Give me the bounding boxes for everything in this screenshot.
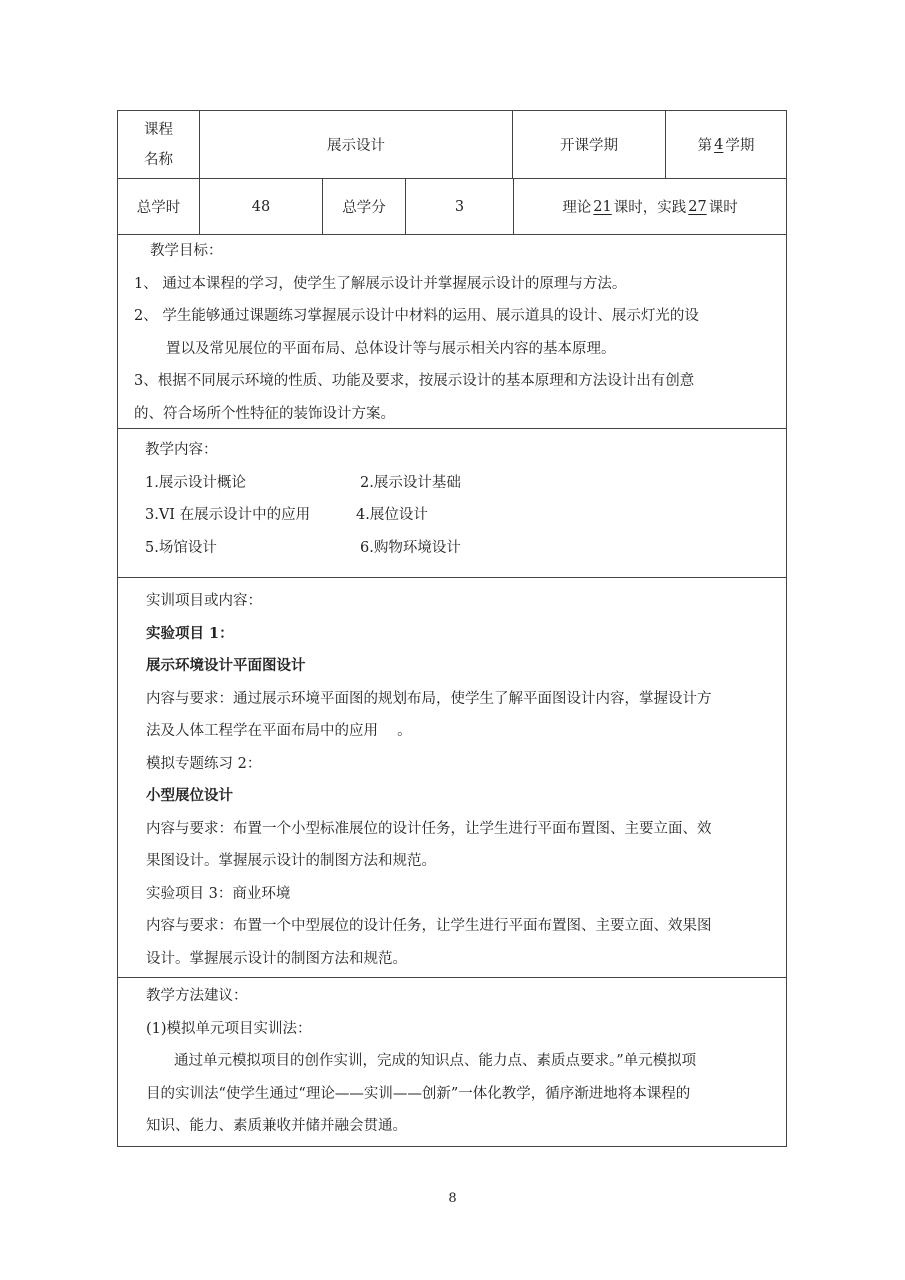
course-table: 课程 名称 展示设计 开课学期 第4学期 总学时 48 总学分 3 理论21课时… xyxy=(117,110,787,1147)
course-name-label-line2: 名称 xyxy=(144,145,173,175)
method1-label: (1)模拟单元项目实训法： xyxy=(146,1013,786,1046)
semester-prefix: 第 xyxy=(698,134,713,155)
theory-suffix: 课时，实践 xyxy=(614,196,687,217)
objective-line: 的、符合场所个性特征的装饰设计方案。 xyxy=(134,398,786,431)
method1-text: 通过单元模拟项目的创作实训，完成的知识点、能力点、素质点要求。”单元模拟项 xyxy=(146,1045,786,1078)
project1-requirement: 内容与要求：通过展示环境平面图的规划布局，使学生了解平面图设计内容，掌握设计方 xyxy=(146,683,786,716)
objective-line: 置以及常见展位的平面布局、总体设计等与展示相关内容的基本原理。 xyxy=(134,333,786,366)
course-name-row: 课程 名称 展示设计 开课学期 第4学期 xyxy=(118,111,786,179)
project2-requirement: 内容与要求：布置一个小型标准展位的设计任务，让学生进行平面布置图、主要立面、效 xyxy=(146,813,786,846)
semester-value: 4 xyxy=(712,137,725,153)
methods-section: 教学方法建议： (1)模拟单元项目实训法： 通过单元模拟项目的创作实训，完成的知… xyxy=(118,978,786,1146)
content-item: 2.展示设计基础 xyxy=(360,467,461,500)
total-hours-label: 总学时 xyxy=(118,179,200,234)
hours-breakdown: 理论21课时，实践27课时 xyxy=(514,179,786,234)
content-section: 教学内容： 1.展示设计概论 2.展示设计基础 3.VI 在展示设计中的应用 4… xyxy=(118,429,786,578)
content-item: 1.展示设计概论 xyxy=(145,467,360,500)
theory-hours: 21 xyxy=(591,199,613,215)
total-credits-label: 总学分 xyxy=(323,179,406,234)
content-item: 3.VI 在展示设计中的应用 xyxy=(145,499,356,532)
course-name-label-line1: 课程 xyxy=(144,115,173,145)
content-item: 5.场馆设计 xyxy=(145,532,360,565)
content-title: 教学内容： xyxy=(145,434,786,467)
project1-requirement: 法及人体工程学在平面布局中的应用 。 xyxy=(146,715,786,748)
course-name-value: 展示设计 xyxy=(200,111,513,178)
project1-name: 展示环境设计平面图设计 xyxy=(146,650,786,683)
objective-line: 1、 通过本课程的学习，使学生了解展示设计并掌握展示设计的原理与方法。 xyxy=(134,268,786,301)
semester-suffix: 学期 xyxy=(725,134,754,155)
project2-name: 小型展位设计 xyxy=(146,780,786,813)
project3-requirement: 设计。掌握展示设计的制图方法和规范。 xyxy=(146,943,786,976)
training-section: 实训项目或内容： 实验项目 1： 展示环境设计平面图设计 内容与要求：通过展示环… xyxy=(118,578,786,978)
objective-line: 2、 学生能够通过课题练习掌握展示设计中材料的运用、展示道具的设计、展示灯光的设 xyxy=(134,300,786,333)
objectives-title: 教学目标： xyxy=(134,235,786,268)
semester-value-cell: 第4学期 xyxy=(666,111,786,178)
objectives-section: 教学目标： 1、 通过本课程的学习，使学生了解展示设计并掌握展示设计的原理与方法… xyxy=(118,235,786,429)
project3-label: 实验项目 3：商业环境 xyxy=(146,878,786,911)
project2-label: 模拟专题练习 2： xyxy=(146,748,786,781)
method1-text: 知识、能力、素质兼收并储并融会贯通。 xyxy=(146,1110,786,1143)
method1-text: 目的实训法“使学生通过“理论——实训——创新”一体化教学，循序渐进地将本课程的 xyxy=(146,1078,786,1111)
theory-prefix: 理论 xyxy=(562,196,591,217)
course-name-label: 课程 名称 xyxy=(118,111,200,178)
objective-line: 3、根据不同展示环境的性质、功能及要求，按展示设计的基本原理和方法设计出有创意 xyxy=(134,365,786,398)
total-credits-value: 3 xyxy=(406,179,514,234)
total-hours-value: 48 xyxy=(200,179,323,234)
project3-requirement: 内容与要求：布置一个中型展位的设计任务，让学生进行平面布置图、主要立面、效果图 xyxy=(146,910,786,943)
training-title: 实训项目或内容： xyxy=(146,585,786,618)
practice-suffix: 课时 xyxy=(709,196,738,217)
project1-label: 实验项目 1： xyxy=(146,618,786,651)
hours-row: 总学时 48 总学分 3 理论21课时，实践27课时 xyxy=(118,179,786,235)
document-page: 课程 名称 展示设计 开课学期 第4学期 总学时 48 总学分 3 理论21课时… xyxy=(0,0,905,1280)
semester-label: 开课学期 xyxy=(513,111,666,178)
practice-hours: 27 xyxy=(686,199,708,215)
page-number: 8 xyxy=(0,1191,905,1206)
content-item: 4.展位设计 xyxy=(356,499,428,532)
project2-requirement: 果图设计。掌握展示设计的制图方法和规范。 xyxy=(146,845,786,878)
methods-title: 教学方法建议： xyxy=(146,980,786,1013)
content-item: 6.购物环境设计 xyxy=(360,532,461,565)
